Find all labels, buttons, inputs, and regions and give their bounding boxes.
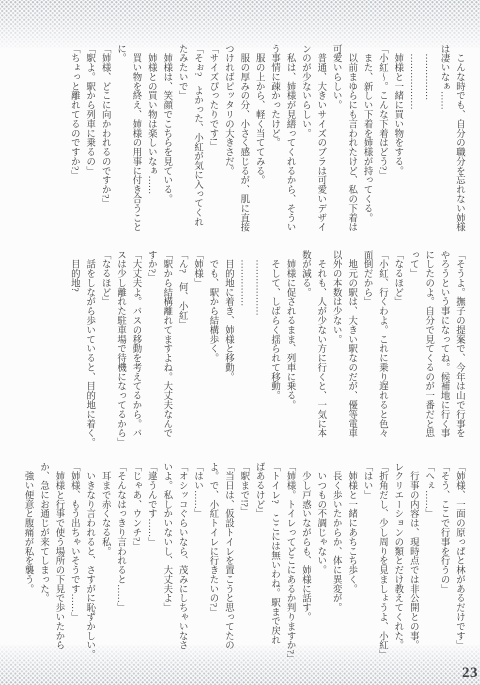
text-column: 「当日は、仮設トイレを置こうと思ってたの	[220, 462, 235, 661]
text-column: やろうという事になってね。候補地に行く事	[435, 250, 450, 449]
scanned-novel-page: こんな時でも、自分の職分を忘れない姉様は凄いなぁ…… …………… ……………… …	[0, 0, 480, 685]
text-column: 姉様と行事で使う場所の下見で歩いたから	[50, 462, 65, 661]
text-column: 「姉様、もう出ちゃいそうです……」	[65, 462, 80, 661]
text-column: 「なるほど」	[389, 250, 404, 449]
text-column: 「ちょっと離れてるのですか?」	[65, 44, 80, 243]
text-column: 話をしながら歩いていると、目的地に着く。	[81, 250, 96, 449]
text-column: う事情に疎かったけど。	[266, 44, 281, 243]
text-column: 「駅まで!?」	[235, 462, 250, 661]
text-column: 「へぇ……」	[420, 462, 435, 661]
text-column: 強い便意と腹痛が私を襲う。	[19, 462, 34, 661]
text-column: 数が減る。	[297, 250, 312, 449]
text-column: って」	[404, 250, 419, 449]
vertical-text-band-top: こんな時でも、自分の職分を忘れない姉様は凄いなぁ…… …………… ……………… …	[65, 44, 466, 243]
text-column: か、急にお通じが来てしまった。	[35, 462, 50, 661]
text-column: 「はい」	[358, 462, 373, 661]
text-column: 「違うんです……」	[142, 462, 157, 661]
text-column: 可愛いらしい。	[327, 44, 342, 243]
text-column: 「駅から結構離れてますよね。大丈夫なんで	[158, 250, 173, 449]
text-column: 「オシッコぐらいなら、茂みにしちゃいなさ	[173, 462, 188, 661]
text-column: いよ。私しかいないし、大丈夫よ」	[158, 462, 173, 661]
text-column: 服の厚みの分、小さく感じるが、肌に直接	[235, 44, 250, 243]
text-column: 「大丈夫よ。バスの移動を考えてるから。バ	[127, 250, 142, 449]
text-column: 「はい……」	[189, 462, 204, 661]
text-column: 「姉様。トイレってどこにあるか判りますか?」	[281, 462, 296, 661]
text-column: 「そぉ? よかった、小紅が気に入ってくれ	[189, 44, 204, 243]
text-column: 「姉様、どこに向かわれるのですか?」	[96, 44, 111, 243]
text-column: いつもの不調じゃない。	[312, 462, 327, 661]
text-column: 服の上から、軽く当ててみる。	[250, 44, 265, 243]
text-column: 姉様に促されるまま、列車に乗る。	[281, 250, 296, 449]
text-column: 姉様と一緒に買い物をする。	[389, 44, 404, 243]
text-column: よ。で、小紅トイレに行きたいの?」	[204, 462, 219, 661]
text-column: 「小紅、行くわよ。これに乗り遅れると色々	[374, 250, 389, 449]
text-column: 「サイズぴったりです!」	[204, 44, 219, 243]
page-number: 23	[462, 665, 478, 682]
text-column: すか?」	[142, 250, 157, 449]
text-column: 地元の駅は、大きい駅なのだが、優等電車	[343, 250, 358, 449]
top-edge-halftone-texture	[0, 0, 480, 48]
text-column: 「小紅〜。こんな下着はどう?」	[374, 44, 389, 243]
text-column: 姉様と一緒にあちこち歩く。	[343, 462, 358, 661]
text-column: 「なるほど」	[96, 250, 111, 449]
text-column: ……………	[420, 44, 435, 243]
text-column: そして、しばらく揺られて移動。	[266, 250, 281, 449]
text-column: に。	[112, 44, 127, 243]
text-column: それも、人が少ない方に行くと、一気に本	[312, 250, 327, 449]
text-column: 「姉様、一面の原っぱと林があるだけです」	[451, 462, 466, 661]
text-column: 「そう、ここで行事を行うの」	[435, 462, 450, 661]
text-column: また、新しい下着を姉様が持ってくる。	[358, 44, 373, 243]
text-column: ………………	[404, 44, 419, 243]
text-column: 「トイレ? ここには無いわね。駅まで戻れ	[266, 462, 281, 661]
text-column: 「ん? 何、小紅」	[173, 250, 188, 449]
text-column: ……………	[235, 250, 250, 449]
text-column: 「じゃあ、ウンチ?」	[127, 462, 142, 661]
text-column: でも、駅から結構歩く。	[204, 250, 219, 449]
text-column: 長く歩いたからか、体に異変が。	[327, 462, 342, 661]
text-column: 姉様は、笑顔でこちらを見ている。	[158, 44, 173, 243]
text-column: レクリエーションの類とだけ教えてくれた。	[389, 462, 404, 661]
text-column: ………………	[250, 250, 265, 449]
text-column: スは少し離れた駐車場で待機になってるから」	[112, 250, 127, 449]
text-column: 「そうよ。撫子の提案で、今年は山で行事を	[451, 250, 466, 449]
text-column: こんな時でも、自分の職分を忘れない姉様	[451, 44, 466, 243]
text-column: いきなり言われると、さすがに恥ずかしい。	[81, 462, 96, 661]
text-column: 普通、大きいサイズのブラは可愛いデザイ	[312, 44, 327, 243]
text-column: ンのが少ないらしい。	[297, 44, 312, 243]
text-column: 面倒だから」	[358, 250, 373, 449]
text-column: つければピッタリの大きさだ。	[220, 44, 235, 243]
text-column: 目的地?	[65, 250, 80, 449]
text-column: 「折角だし、少し周りを見ましょうよ、小紅」	[374, 462, 389, 661]
text-column: にしたのよ。自分で見てくるのが一番だと思	[420, 250, 435, 449]
text-column: 「姉様」	[189, 250, 204, 449]
text-column: 姉様との買い物は楽しいなぁ……	[142, 44, 157, 243]
text-column: 「そんなはっきり言われると……」	[112, 462, 127, 661]
text-column: 以前まゆらにも言われたけど、私の下着は	[343, 44, 358, 243]
text-column: 私は、姉様が見繕ってくれるから、そうい	[281, 44, 296, 243]
text-column: ばあるけど」	[250, 462, 265, 661]
text-column: 買い物を終え、姉様の用事に付き合うこと	[127, 44, 142, 243]
text-column: 目的地に着き、姉様と移動。	[220, 250, 235, 449]
text-column: 以外の本数は少ない。	[327, 250, 342, 449]
text-column: 「駅よ。駅から列車に乗るの」	[81, 44, 96, 243]
text-column: は凄いなぁ……	[435, 44, 450, 243]
vertical-text-band-middle: 「そうよ。撫子の提案で、今年は山で行事をやろうという事になってね。候補地に行く事…	[65, 250, 466, 449]
text-column: 行事の内容は、現時点では非公開との事。	[404, 462, 419, 661]
text-column: 耳まで赤くなる私。	[96, 462, 111, 661]
text-column: たみたいで」	[173, 44, 188, 243]
vertical-text-band-bottom: 「姉様、一面の原っぱと林があるだけです」「そう、ここで行事を行うの」「へぇ……」…	[19, 462, 466, 661]
text-column: 少し戸惑いながらも、姉様に話す。	[297, 462, 312, 661]
